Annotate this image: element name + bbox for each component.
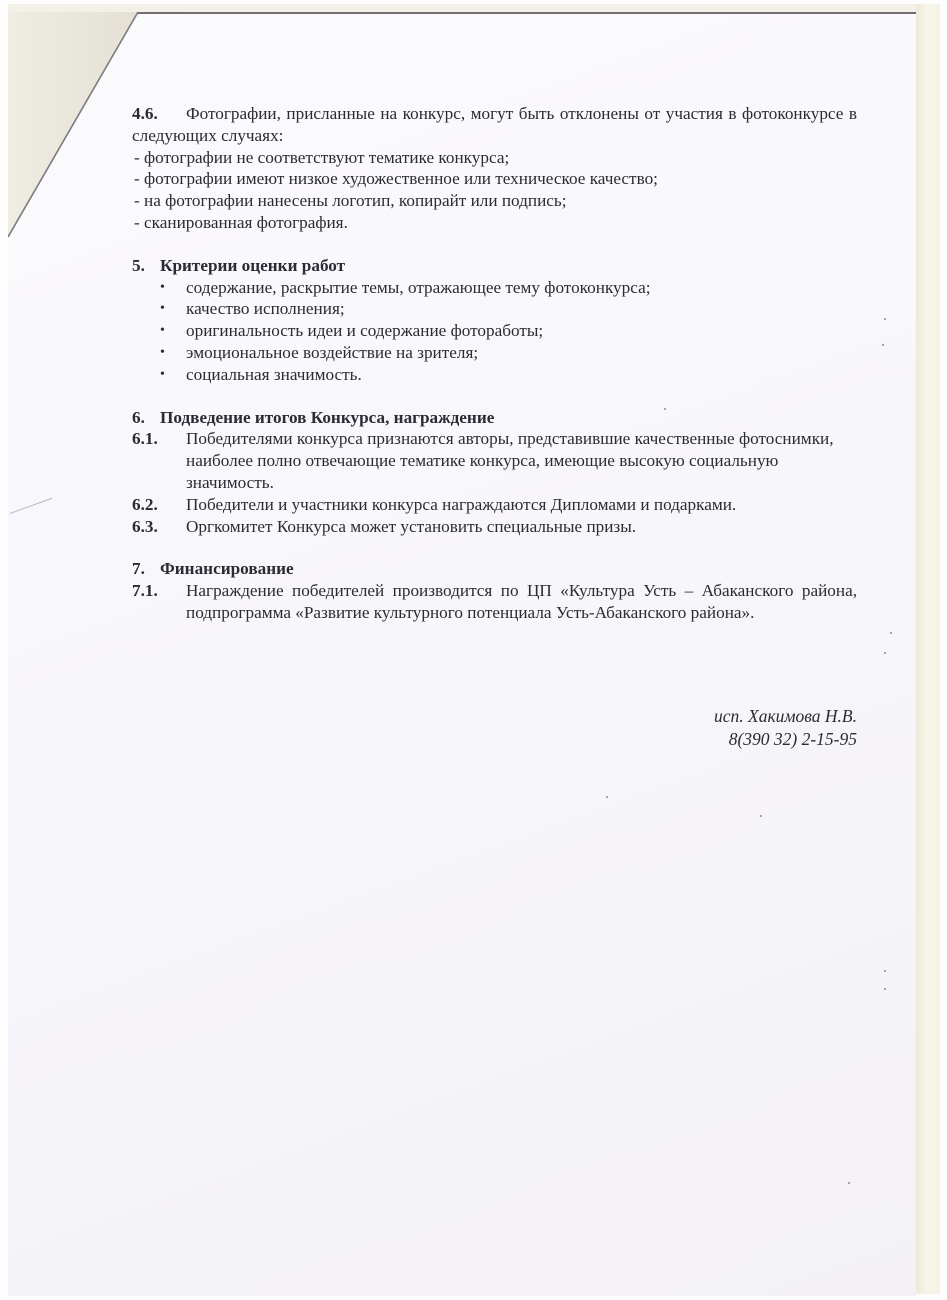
section-number: 5. [132,255,160,277]
section-number: 6. [132,407,160,429]
list-item: - сканированная фотография. [132,212,857,234]
section-title: Финансирование [160,559,294,578]
bullet-icon: • [160,342,186,364]
scan-speck [890,632,892,634]
clause-number: 6.2. [132,494,186,516]
list-item: •социальная значимость. [160,364,857,386]
clause-7-1: 7.1. Награждение победителей производитс… [132,580,857,624]
clause-number: 7.1. [132,580,186,624]
scan-edge-strip [916,4,940,1294]
clause-6-1: 6.1. Победителями конкурса признаются ав… [132,428,857,493]
list-item: •оригинальность идеи и содержание фотора… [160,320,857,342]
section-number: 7. [132,558,160,580]
clause-4-6: 4.6.Фотографии, присланные на конкурс, м… [132,103,857,147]
bullet-icon: • [160,298,186,320]
list-item: •качество исполнения; [160,298,857,320]
bullet-icon: • [160,277,186,299]
clause-number: 6.3. [132,516,186,538]
rejection-list: - фотографии не соответствуют тематике к… [132,147,857,234]
bullet-icon: • [160,320,186,342]
list-item: - на фотографии нанесены логотип, копира… [132,190,857,212]
list-item: - фотографии имеют низкое художественное… [132,168,857,190]
scan-speck [664,408,666,410]
section-6-heading: 6.Подведение итогов Конкурса, награждени… [132,407,857,429]
list-item: •эмоциональное воздействие на зрителя; [160,342,857,364]
clause-number: 4.6. [132,103,186,125]
document-body: 4.6.Фотографии, присланные на конкурс, м… [132,103,857,624]
clause-text: Награждение победителей производится по … [186,580,857,624]
clause-6-2: 6.2. Победители и участники конкурса наг… [132,494,857,516]
section-5-heading: 5.Критерии оценки работ [132,255,857,277]
executor-phone: 8(390 32) 2-15-95 [714,728,857,751]
clause-6-3: 6.3. Оргкомитет Конкурса может установит… [132,516,857,538]
scan-speck [884,318,886,320]
scan-speck [760,815,762,817]
section-7-heading: 7.Финансирование [132,558,857,580]
scan-speck [884,988,886,990]
list-item: •содержание, раскрытие темы, отражающее … [160,277,857,299]
scan-speck [882,344,884,346]
signature-block: исп. Хакимова Н.В. 8(390 32) 2-15-95 [714,705,857,751]
clause-text: Победителями конкурса признаются авторы,… [186,428,857,493]
scan-speck [884,652,886,654]
list-item: - фотографии не соответствуют тематике к… [132,147,857,169]
scan-speck [606,796,608,798]
section-title: Подведение итогов Конкурса, награждение [160,408,494,427]
scan-speck [848,1182,850,1184]
executor-name: исп. Хакимова Н.В. [714,705,857,728]
scan-speck [884,970,886,972]
clause-text: Фотографии, присланные на конкурс, могут… [132,104,857,145]
bullet-icon: • [160,364,186,386]
clause-text: Победители и участники конкурса награжда… [186,494,857,516]
criteria-list: •содержание, раскрытие темы, отражающее … [132,277,857,386]
clause-number: 6.1. [132,428,186,493]
clause-text: Оргкомитет Конкурса может установить спе… [186,516,857,538]
section-title: Критерии оценки работ [160,256,345,275]
